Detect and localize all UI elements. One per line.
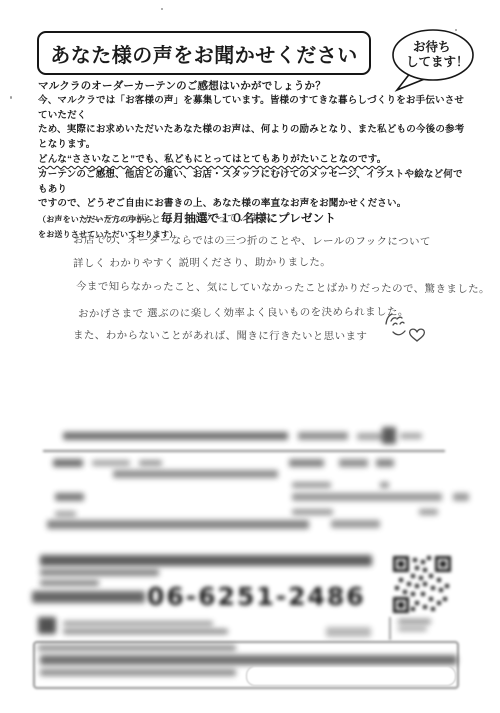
redacted-text-bar — [339, 459, 368, 467]
redacted-text-bar — [47, 520, 309, 529]
redacted-text-bar — [292, 509, 333, 515]
redacted-text-bar — [40, 555, 372, 566]
page-title: あなた様の声をお聞かせください — [50, 39, 358, 68]
scan-speck — [10, 96, 12, 99]
redacted-text-bar — [400, 433, 422, 439]
redacted-text-bar — [63, 629, 228, 634]
scan-speck — [161, 8, 163, 10]
redacted-text-bar — [55, 511, 76, 517]
title-box: あなた様の声をお聞かせください — [37, 31, 371, 75]
bubble-line-1: お待ち — [406, 40, 469, 55]
handwriting-line: おかげさまで 選ぶのに楽しく効率よく良いものを決められました。 — [78, 304, 409, 321]
redacted-text-bar — [113, 470, 278, 478]
company-logo-blurred — [38, 617, 56, 634]
redacted-text-bar — [380, 482, 389, 488]
redacted-text-bar — [32, 591, 145, 603]
redacted-text-bar — [55, 493, 84, 501]
phone-number: 06-6251-2486 — [147, 582, 366, 611]
handwriting-line: カーテンの柄 とても気に入っています。 — [82, 210, 281, 227]
qr-code — [393, 556, 451, 613]
redacted-text-bar — [292, 482, 331, 488]
redacted-text-bar — [53, 459, 83, 467]
smiley-face-doodle-icon — [383, 311, 429, 347]
form-divider-line — [389, 617, 391, 640]
redacted-text-bar — [376, 459, 394, 467]
bubble-line-2: してます！ — [406, 55, 469, 70]
intro-line-1: マルクラのオーダーカーテンのご感想はいかがでしょうか？ — [38, 79, 472, 94]
form-rule-line — [43, 450, 445, 452]
redacted-text-bar — [419, 509, 438, 515]
handwriting-line: また、わからないことがあれば、聞きに行きたいと思います — [73, 327, 367, 343]
handwriting-line: お店での、オーダーならではの三つ折のことや、レールのフックについて — [73, 232, 431, 249]
redacted-text-bar — [453, 493, 469, 501]
intro-line-2: 今、マルクラでは「お客様の声」を募集しています。皆様のすてきな暮らしづくりをお手… — [38, 94, 472, 124]
handwriting-line: 詳しく わかりやすく 説明くださり、助かりました。 — [73, 254, 331, 270]
redacted-text-bar — [298, 432, 348, 440]
redacted-text-bar — [398, 627, 427, 631]
redacted-text-bar — [38, 645, 236, 651]
redacted-text-bar — [398, 619, 431, 624]
redacted-text-bar — [40, 569, 159, 576]
intro-line-3: ため、実際にお求めいただいたあなた様のお声は、何よりの励みとなり、また私どもの今… — [38, 123, 472, 153]
redacted-text-bar — [40, 655, 457, 665]
redacted-text-bar — [292, 493, 442, 501]
redacted-text-bar — [289, 459, 324, 467]
form-blank-field — [246, 666, 456, 686]
redacted-text-bar — [40, 669, 236, 676]
speech-bubble-text: お待ち してます！ — [406, 40, 469, 70]
handwriting-line: 今まで知らなかったこと、気にしていなかったことばかりだったので、驚きました。 — [76, 279, 490, 297]
redacted-text-bar — [63, 432, 288, 440]
scanned-feedback-form: あなた様の声をお聞かせください お待ち してます！ マルクラのオーダーカーテンの… — [0, 0, 500, 713]
signature-squiggle-blurred — [326, 627, 371, 637]
intro-line-5: カーテンのご感想、他店との違い、お店・スタッフにむけてのメッセージ、イラストや絵… — [38, 168, 472, 198]
redacted-text-bar — [63, 621, 213, 626]
redacted-text-bar — [382, 427, 396, 444]
redacted-text-bar — [357, 433, 385, 440]
redacted-text-bar — [139, 460, 162, 466]
intro-line-4: どんな“ささいなこと”でも、私どもにとってはとてもありがたいことなのです。 — [38, 153, 472, 168]
intro-line-4-text: どんな“ささいなこと”でも、私どもにとってはとてもありがたいことなのです。 — [38, 154, 386, 165]
redacted-text-bar — [331, 520, 380, 528]
redacted-text-bar — [92, 460, 130, 466]
redacted-text-bar — [40, 580, 99, 586]
